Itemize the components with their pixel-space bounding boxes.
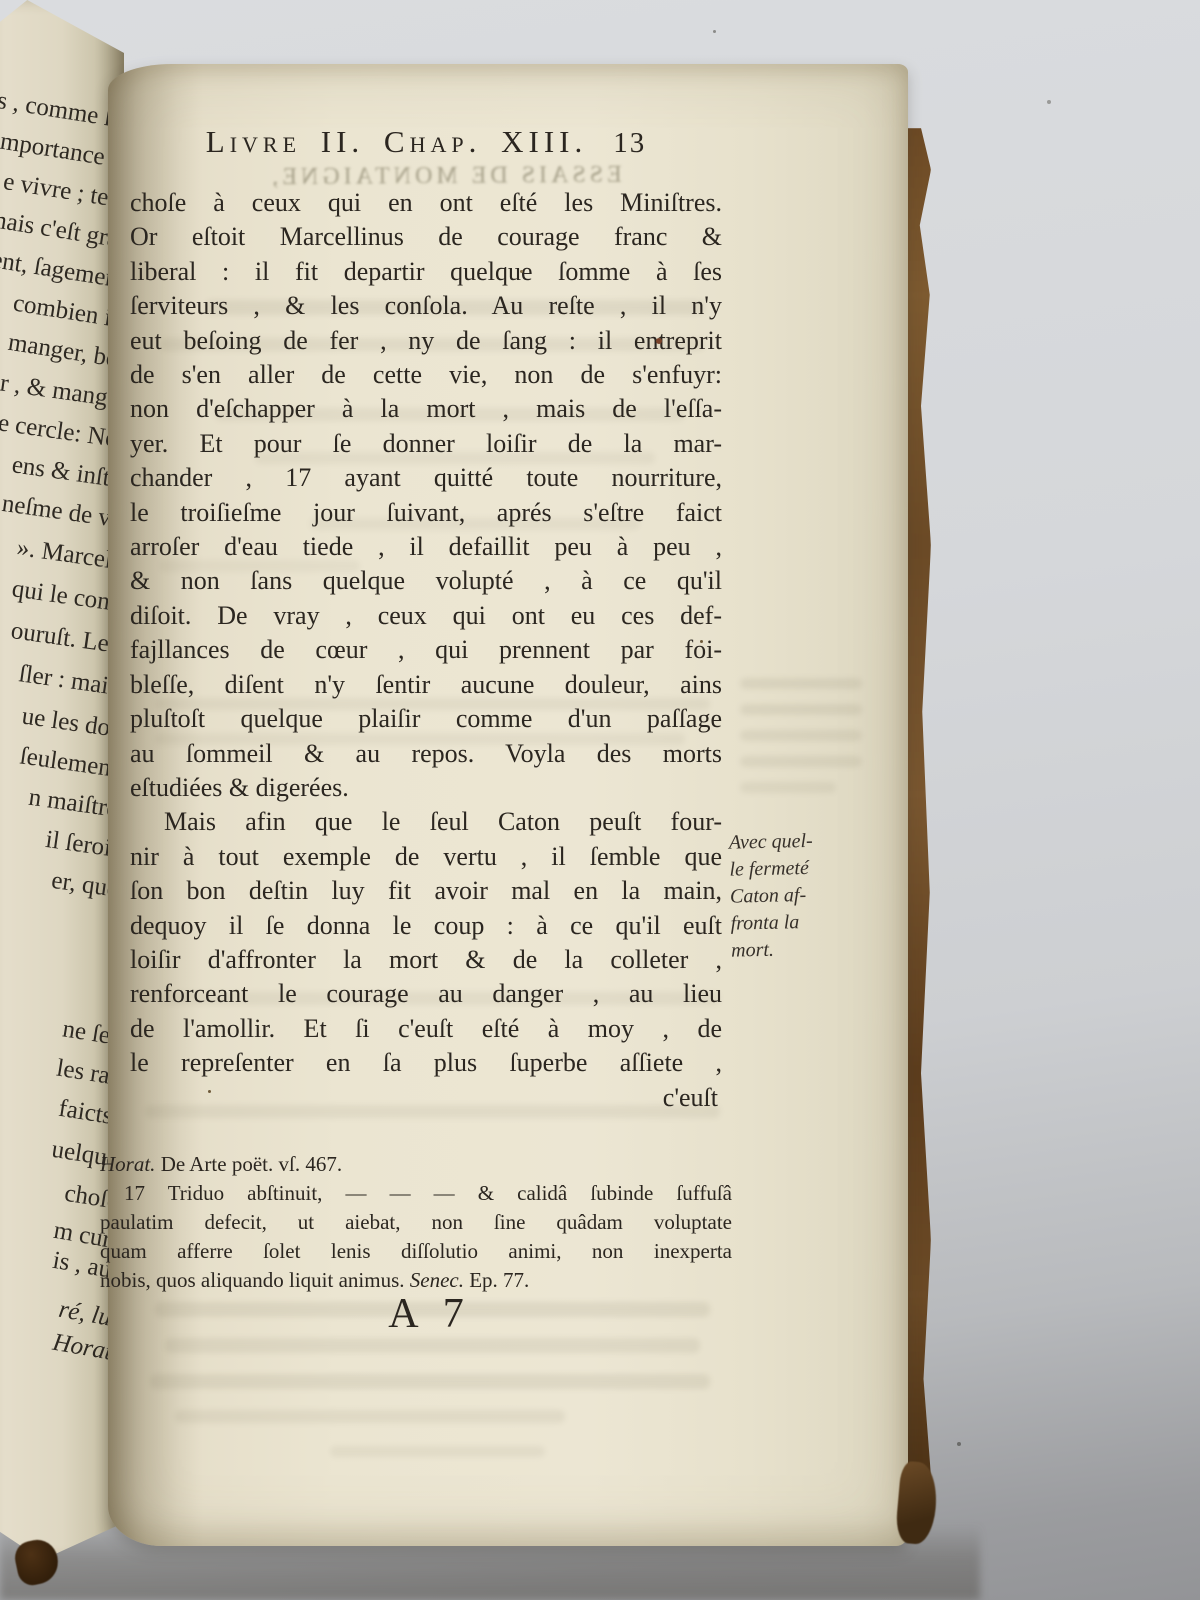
page-number: 13 — [613, 127, 646, 159]
margin-note-line: Caton af- — [730, 880, 886, 910]
bleed-through-smudge — [740, 704, 862, 715]
body-line: ſerviteurs , & les conſola. Au reſte , i… — [130, 289, 722, 323]
leather-fore-edge — [906, 128, 931, 1518]
footnote-source: Horat. — [100, 1152, 155, 1176]
body-line: fajllances de cœur , qui prennent par fo… — [130, 633, 722, 667]
body-line: liberal : il fit departir quelque ſomme … — [130, 255, 722, 289]
left-page-text-fragment: ouruſt. Les — [9, 617, 120, 660]
body-line: eſtudiées & digerées. — [130, 771, 722, 805]
footnotes: Horat. De Arte poët. vſ. 467.17 Triduo a… — [100, 1150, 732, 1295]
margin-note-line: le fermeté — [729, 853, 885, 883]
footnote-text: Ep. 77. — [464, 1268, 529, 1292]
footnote-text: nobis, quos aliquando liquit animus. — [100, 1268, 410, 1292]
body-line: le repreſenter en ſa plus ſuperbe aſſiet… — [130, 1046, 722, 1080]
margin-note: Avec quel-le fermetéCaton af-fronta lamo… — [729, 826, 887, 964]
footnote-text: quam afferre ſolet lenis diſſolutio anim… — [100, 1239, 732, 1263]
body-line: au ſommeil & au repos. Voyla des morts — [130, 737, 722, 771]
left-page-text-fragment: is , comme ſi — [0, 86, 120, 134]
paper-fleck — [700, 640, 703, 643]
body-line: Or eſtoit Marcellinus de courage franc & — [130, 220, 722, 254]
body-line: bleſſe, diſent n'y ſentir aucune douleur… — [130, 668, 722, 702]
bleed-through-smudge — [175, 1410, 565, 1423]
bleed-through-smudge — [165, 1338, 700, 1353]
left-page-text-fragment: ent, ſagemen — [0, 246, 120, 294]
bleed-through-smudge — [740, 756, 862, 767]
previous-page-edge: NTAIGNE,is , comme ſiimportance :e vivre… — [0, 0, 124, 1560]
body-line: diſoit. De vray , ceux qui ont eu ces de… — [130, 599, 722, 633]
footnote-text: 17 Triduo abſtinuit, — — — & calidâ ſubi… — [124, 1181, 732, 1205]
body-text: choſe à ceux qui en ont eſté les Miniſtr… — [130, 186, 722, 1115]
left-page-text-fragment: manger, bo — [6, 329, 120, 374]
body-line: chander , 17 ayant quitté toute nourritu… — [130, 461, 722, 495]
left-page-text-fragment: mais c'eſt gra — [0, 205, 120, 253]
body-line: non d'eſchapper à la mort , mais de l'eſ… — [130, 392, 722, 426]
catchword: c'euſt — [130, 1081, 722, 1115]
page-header: Livre II. Chap. XIII.13 — [130, 124, 722, 160]
margin-note-line: mort. — [731, 934, 887, 964]
footnote-line: quam afferre ſolet lenis diſſolutio anim… — [100, 1237, 732, 1266]
left-page-text-fragment: qui le con- — [10, 575, 120, 618]
body-line: eut beſoing de fer , ny de ſang : il ent… — [130, 324, 722, 358]
body-line: & non ſans quelque volupté , à ce qu'il — [130, 564, 722, 598]
left-page-text-fragment: ſeulement — [18, 742, 120, 783]
footnote-text: De Arte poët. vſ. 467. — [155, 1152, 342, 1176]
signature-mark: A 7 — [130, 1290, 722, 1338]
body-line: nir à tout exemple de vertu , il ſemble … — [130, 840, 722, 874]
body-line: pluſtoſt quelque plaiſir comme d'un paſſ… — [130, 702, 722, 736]
body-line: ſon bon deſtin luy fit avoir mal en la m… — [130, 874, 722, 908]
left-page-text-fragment: r , & mange — [0, 370, 120, 414]
footnote-line: paulatim defecit, ut aiebat, non ſine qu… — [100, 1208, 732, 1237]
body-line: de s'en aller de cette vie, non de s'enf… — [130, 358, 722, 392]
bleed-through-smudge — [740, 678, 862, 689]
body-line: renforceant le courage au danger , au li… — [130, 977, 722, 1011]
left-page-text-fragment: ue les do- — [20, 703, 120, 744]
margin-note-line: Avec quel- — [729, 826, 885, 856]
footnote-line: 17 Triduo abſtinuit, — — — & calidâ ſubi… — [100, 1179, 732, 1208]
paper-fleck — [1047, 100, 1051, 104]
body-line: loiſir d'affronter la mort & de la colle… — [130, 943, 722, 977]
left-page-text-fragment: e vivre ; tes — [1, 168, 120, 214]
body-line: yer. Et pour ſe donner loiſir de la mar- — [130, 427, 722, 461]
bleed-through-smudge — [330, 1446, 545, 1457]
body-line: le troiſieſme jour ſuivant, aprés s'eſtr… — [130, 496, 722, 530]
left-page-text-fragment: combien il — [11, 290, 120, 334]
left-page-text-fragment: importance : — [0, 127, 120, 174]
body-line: choſe à ceux qui en ont eſté les Miniſtr… — [130, 186, 722, 220]
paper-fleck — [520, 270, 523, 273]
chapter-heading: Livre II. Chap. XIII. — [206, 124, 587, 159]
left-page-text-fragment: e cercle: No — [0, 409, 120, 454]
left-page-text-fragment: ſler : mais — [17, 660, 120, 702]
body-line: Mais afin que le ſeul Caton peuſt four- — [130, 805, 722, 839]
paper-fleck — [656, 338, 662, 344]
footnote-source: Senec. — [410, 1268, 464, 1292]
left-page-text-fragment: ens & inſtr — [10, 451, 120, 494]
bleed-through-smudge — [150, 1374, 710, 1389]
left-page-text-fragment: NTAIGNE, — [2, 0, 124, 58]
bleed-through-smudge — [740, 730, 862, 741]
footnote-line: Horat. De Arte poët. vſ. 467. — [100, 1150, 732, 1179]
body-line: arroſer d'eau tiede , il defaillit peu à… — [130, 530, 722, 564]
paper-fleck — [957, 1442, 961, 1446]
paper-fleck — [713, 30, 716, 33]
bleed-through-smudge — [740, 782, 836, 793]
left-page-text-fragment: ». Marcel. — [15, 534, 120, 576]
body-line: dequoy il ſe donna le coup : à ce qu'il … — [130, 909, 722, 943]
paper-fleck — [208, 1090, 211, 1093]
book-photo: NTAIGNE,is , comme ſiimportance :e vivre… — [0, 0, 1200, 1600]
body-line: de l'amollir. Et ſi c'euſt eſté à moy , … — [130, 1012, 722, 1046]
footnote-text: paulatim defecit, ut aiebat, non ſine qu… — [100, 1210, 732, 1234]
margin-note-line: fronta la — [730, 907, 886, 937]
left-page-text-fragment: neſme de vi — [1, 490, 120, 534]
left-page-text-fragment: n maiſtre — [27, 784, 120, 824]
